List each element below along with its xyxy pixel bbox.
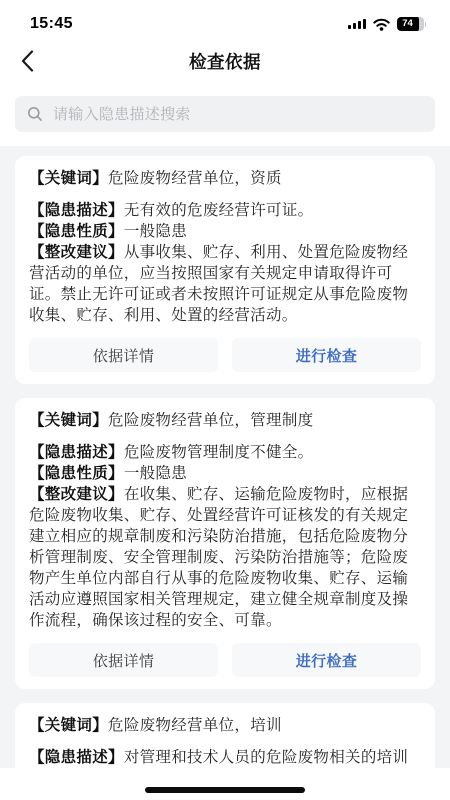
keyword-label: 【关键词】 [29,717,108,734]
keyword-value: 危险废物经营单位，培训 [108,717,282,734]
clock: 15:45 [30,15,73,33]
detail-button[interactable]: 依据详情 [29,338,218,372]
hazard-nature-line: 【隐患性质】一般隐患 [29,221,421,242]
rectify-suggestion-line: 【整改建议】从事收集、贮存、利用、处置危险废物经营活动的单位，应当按照国家有关规… [29,242,421,326]
hazard-card: 【关键词】危险废物经营单位，资质 【隐患描述】无有效的危废经营许可证。 【隐患性… [15,156,435,384]
keyword-value: 危险废物经营单位，管理制度 [108,412,313,429]
keyword-line: 【关键词】危险废物经营单位，培训 [29,715,421,736]
detail-button[interactable]: 依据详情 [29,643,218,677]
wifi-icon [373,18,390,31]
search-field[interactable] [15,96,435,132]
card-list: 【关键词】危险废物经营单位，资质 【隐患描述】无有效的危废经营许可证。 【隐患性… [0,146,450,800]
check-button[interactable]: 进行检查 [232,643,421,677]
rectify-suggestion-value: 在收集、贮存、运输危险废物时，应根据危险废物收集、贮存、处置经营许可证核发的有关… [29,486,408,629]
page-title: 检查依据 [189,49,261,74]
hazard-nature-value: 一般隐患 [124,223,187,240]
keyword-label: 【关键词】 [29,170,108,187]
search-icon [27,106,43,122]
battery-percent: 74 [397,17,419,31]
card-actions: 依据详情 进行检查 [29,338,421,372]
search-input[interactable] [51,105,423,124]
hazard-desc-value: 危险废物管理制度不健全。 [124,444,314,461]
hazard-desc-label: 【隐患描述】 [29,202,124,219]
hazard-desc-label: 【隐患描述】 [29,749,124,766]
hazard-card: 【关键词】危险废物经营单位，管理制度 【隐患描述】危险废物管理制度不健全。 【隐… [15,398,435,689]
hazard-nature-label: 【隐患性质】 [29,465,124,482]
hazard-desc-label: 【隐患描述】 [29,444,124,461]
hazard-nature-label: 【隐患性质】 [29,223,124,240]
keyword-label: 【关键词】 [29,412,108,429]
hazard-desc-value: 无有效的危废经营许可证。 [124,202,314,219]
hazard-nature-value: 一般隐患 [124,465,187,482]
check-button[interactable]: 进行检查 [232,338,421,372]
nav-bar: 检查依据 [0,38,450,84]
rectify-suggestion-label: 【整改建议】 [29,486,124,503]
rectify-suggestion-label: 【整改建议】 [29,244,124,261]
status-icons: 74 [348,17,427,31]
chevron-left-icon [21,50,34,72]
hazard-desc-line: 【隐患描述】无有效的危废经营许可证。 [29,200,421,221]
home-indicator[interactable] [145,787,305,793]
hazard-nature-line: 【隐患性质】一般隐患 [29,463,421,484]
bottom-bar [0,768,450,800]
back-button[interactable] [10,44,44,78]
keyword-line: 【关键词】危险废物经营单位，管理制度 [29,410,421,431]
app-screen: 15:45 74 [0,0,450,800]
rectify-suggestion-line: 【整改建议】在收集、贮存、运输危险废物时，应根据危险废物收集、贮存、处置经营许可… [29,484,421,631]
hazard-desc-line: 【隐患描述】危险废物管理制度不健全。 [29,442,421,463]
status-bar: 15:45 74 [0,0,450,38]
search-section [0,84,450,146]
cell-signal-icon [348,19,366,29]
card-actions: 依据详情 进行检查 [29,643,421,677]
keyword-line: 【关键词】危险废物经营单位，资质 [29,168,421,189]
keyword-value: 危险废物经营单位，资质 [108,170,282,187]
battery-icon: 74 [397,17,427,31]
